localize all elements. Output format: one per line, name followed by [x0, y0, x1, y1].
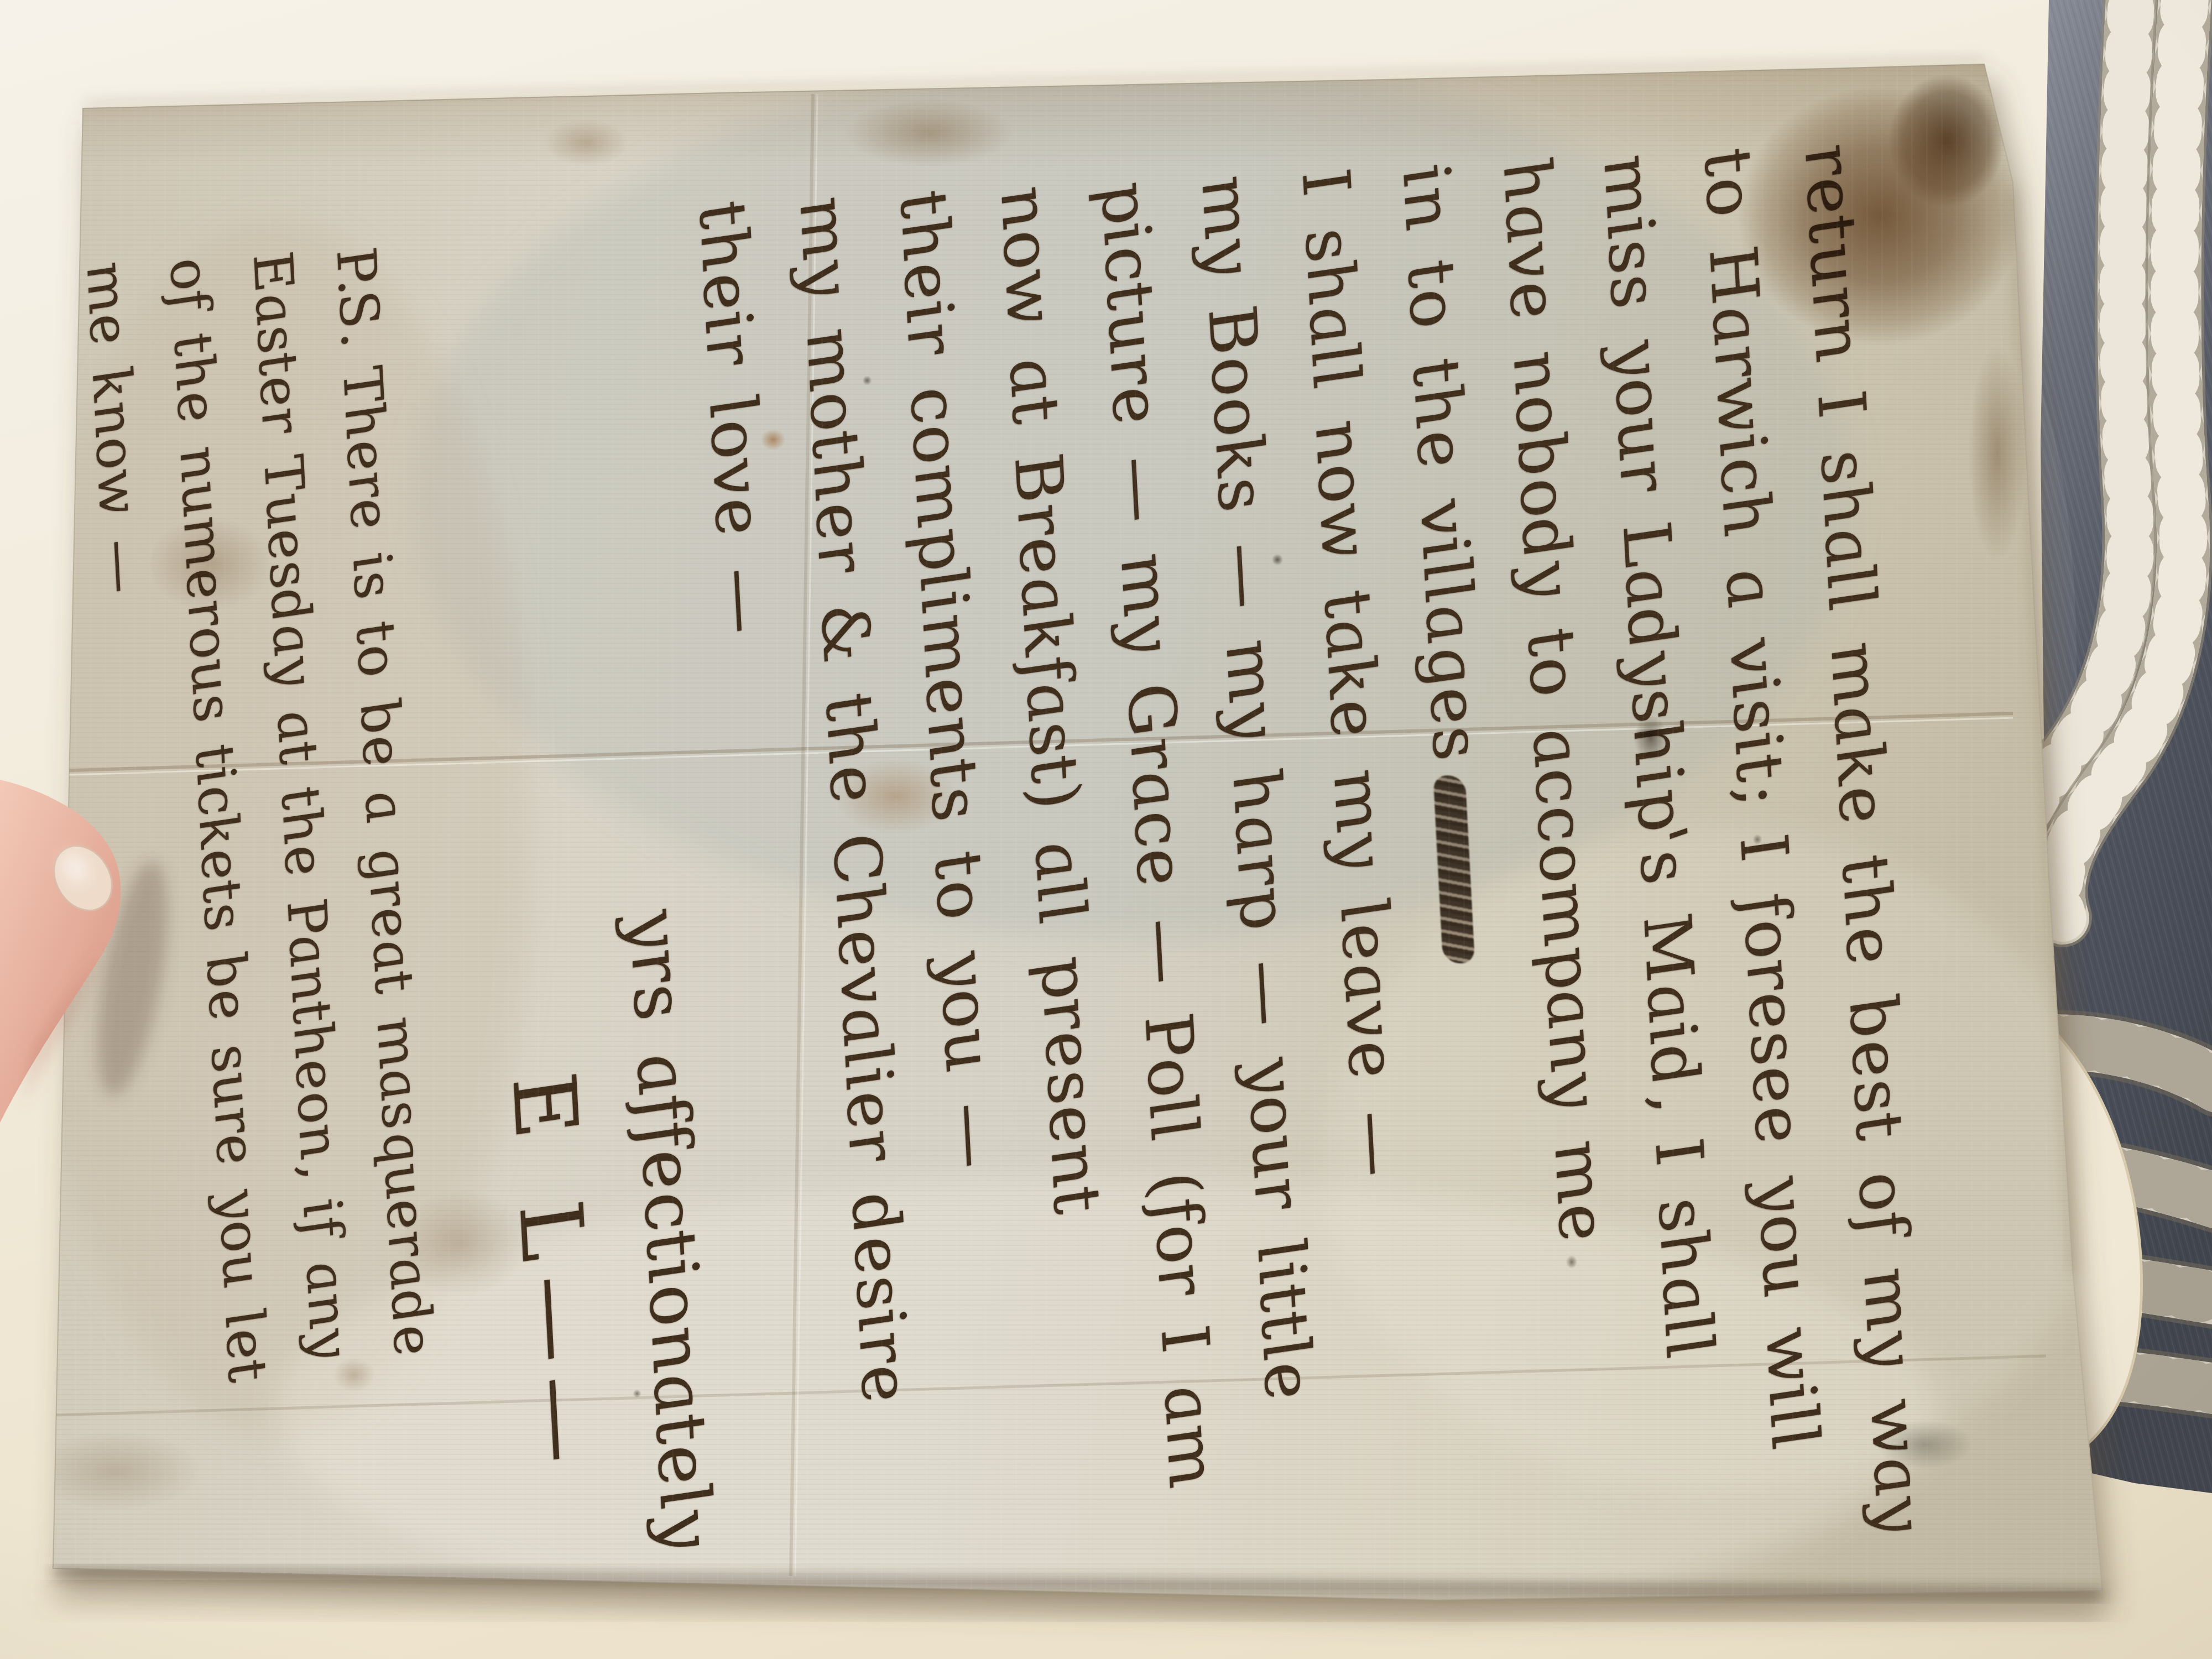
scene-base [0, 0, 2212, 1659]
letter-paper [22, 55, 2103, 1642]
finger [0, 741, 188, 1172]
paper-gray-cast [415, 55, 1853, 940]
photograph-of-manuscript-letter: return I shall make the best of my way t… [0, 0, 2212, 1659]
